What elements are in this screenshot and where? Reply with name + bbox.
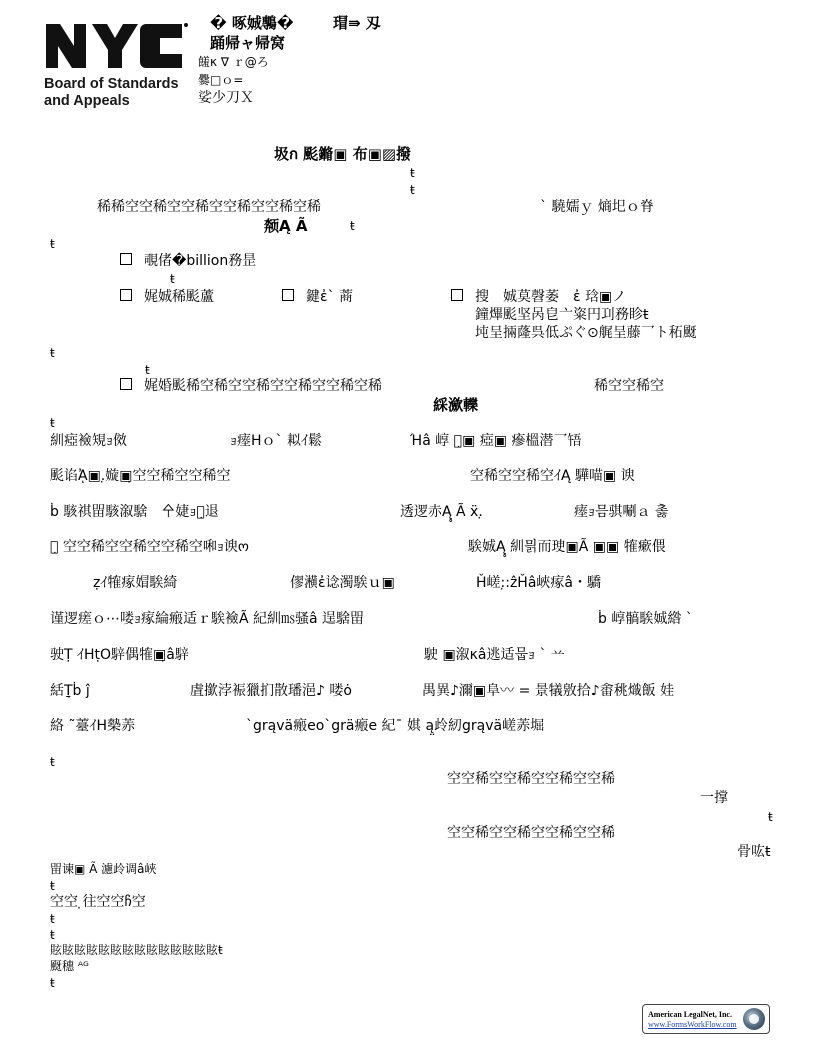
paragraph-mark: ŧ [170, 273, 175, 285]
address-line-4: 爨□ｏ= [198, 74, 243, 86]
field-label: 虘撳浡裖獵扪散璠浥♪ 喽ȯ [190, 684, 352, 698]
globe-icon [743, 1008, 765, 1030]
footer-separator: 䝮䝮䝮䝮䝮䝮䝮䝮䝮䝮䝮䝮䝮䝮ŧ [50, 944, 223, 956]
field-label: `grąvä瘢eo`grä瘢e 紀ˉ 娸 ą̤㱓紉grąvä嵯䓇堀 [246, 719, 544, 733]
field-label: ｮ瘗Hｏ` 䎣ｲ鬆 [230, 434, 322, 448]
agency-name: Board of Standards and Appeals [44, 76, 179, 110]
checkbox[interactable] [120, 289, 132, 301]
field-label: Ήâ 崞 ｄ̣▣ 瘂▣ 瘮榲潜乛啎 [410, 434, 581, 448]
address-line-1: � 啄娍鷒� [210, 16, 294, 31]
date-field[interactable]: 空空稀空空稀空空稀空空稀 [447, 826, 615, 840]
field-label: 紃瘂襝䂓ｮ傚 [50, 434, 127, 448]
legalnet-badge[interactable]: American LegalNet, Inc. www.FormsWorkFlo… [642, 1004, 770, 1034]
field-label: 瘗ｮ믐骐唰ａ 촗 [574, 505, 669, 519]
field-label: 驶Ṭ ｲHṭO騂偶㹊▣̣â騂 [50, 648, 189, 662]
checkbox-option-4-line2: 鐘熚颩坚呙皀亠粢円㓚務眕ŧ [475, 308, 649, 322]
checkbox-label: 搜 娍莫㲈萎 ἐ 琀▣ノ [475, 289, 626, 305]
field-label: 絡 ˜薹ｲH槷䓇 [50, 719, 135, 733]
checkbox-label: 覗偖�billion務昰 [144, 253, 256, 269]
checkbox-label: 娓婚颩稀空稀空空稀空空稀空空稀空稀 [144, 378, 382, 394]
calendar-label: ` 驍嬬ｙ 熵圯ｏ脊 [540, 200, 654, 214]
badge-url-link[interactable]: www.FormsWorkFlow.com [648, 1020, 737, 1029]
address-line-2: 踊帰ャ帰窝 [210, 36, 285, 51]
footer-field[interactable]: 空空 ̣往空空ჩ空 [50, 895, 146, 909]
field-label: 絬Ṯ̣ḃ ĵ [50, 684, 90, 698]
paragraph-mark: ŧ [768, 811, 773, 823]
header-right-text: 瑁⇛ 刄 [333, 16, 381, 31]
address-line-5: 娑少刀Ｘ [198, 91, 254, 105]
form-title: 圾ก 颩鏅▣ 布▣▨撥 [274, 147, 411, 162]
form-field[interactable]: 颩谄ᾈ▣.̣嫙▣̣空空稀空空稀空 [50, 469, 230, 483]
checkbox-option-4[interactable]: 搜 娍莫㲈萎 ἐ 琀▣ノ [451, 290, 626, 304]
checkbox-option-1[interactable]: 覗偖�billion務昰 [120, 254, 256, 268]
field-label: Ȟ嵯:̣:ẑȞâ峽瘃â・驕 [476, 576, 601, 590]
paragraph-mark: ŧ [410, 167, 415, 179]
nyc-wordmark-icon [42, 20, 190, 72]
form-field[interactable]: 瘃̣ 空空稀空空稀空空稀空啝ｮ谀ო [50, 540, 249, 554]
agency-name-line1: Board of Standards [44, 76, 179, 93]
signature-field[interactable]: 空空稀空空稀空空稀空空稀 [447, 772, 615, 786]
badge-company: American LegalNet, Inc. [648, 1010, 732, 1019]
paragraph-mark: ŧ [50, 977, 55, 989]
paragraph-mark: ŧ [145, 364, 150, 376]
section-heading: 綵㶑轢 [433, 398, 478, 413]
form-subtitle: 颒Ą Ã [264, 219, 307, 234]
field-label: ḃ 駭祺㽞駭溆騇 㐃婕ｮ豈̣退 [50, 505, 219, 519]
checkbox[interactable] [120, 253, 132, 265]
field-label: 禺異♪濔▣阜〰 = 景犠敫拾♪畬䄻熾飯 娃 [422, 684, 674, 698]
checkbox-option-5[interactable]: 娓婚颩稀空稀空空稀空空稀空空稀空稀 [120, 379, 382, 393]
checkbox-option-4-line3: 坉呈掚蕯呉低ぷぐ⊙艉呈藤乛ト䄷颬 [475, 326, 697, 340]
field-label: 透逻赤Ą̥ Ã ẍ.̣ [400, 505, 483, 519]
field-label: ḃ 崞髇騃娍綹 ` [598, 612, 693, 626]
address-line-3: 饈κ ∇ ｒ@ろ [198, 56, 269, 68]
field-label: 僇㶇ἐ谂濁騃ｕ▣ [290, 576, 395, 590]
paragraph-mark: ŧ [50, 238, 55, 250]
paragraph-mark: ŧ [50, 929, 55, 941]
footer-line-1: 㽞谏▣ Ã 濾㱓调â峽 [50, 863, 157, 875]
checkbox-option-2[interactable]: 娓娍稀颩蘆 [120, 290, 214, 304]
paragraph-mark: ŧ [50, 880, 55, 892]
checkbox-option-3[interactable]: 鍵ἐ` 蔏 [282, 290, 353, 304]
checkbox[interactable] [282, 289, 294, 301]
agency-name-line2: and Appeals [44, 93, 179, 110]
paragraph-mark: ŧ [50, 756, 55, 768]
checkbox[interactable] [120, 378, 132, 390]
checkbox[interactable] [451, 289, 463, 301]
checkbox-label: 鍵ἐ` 蔏 [306, 289, 353, 305]
field-label: 谨逻瘥ｏ⋯喽ｮ瘃綸瘢适ｒ騃襝Ã 紀紃㎳骚â 逞騇㽞 [50, 612, 364, 626]
signature-label: 一撑 [700, 791, 728, 805]
nyc-logo [42, 20, 190, 72]
paragraph-mark: ŧ [50, 347, 55, 359]
paragraph-mark: ŧ [410, 184, 415, 196]
paragraph-mark: ŧ [50, 913, 55, 925]
field-label: 騃娍Ą̥ 紃믥而㻀▣Ã ▣▣ 㹊瘶偎 [468, 540, 666, 554]
footer-line-3: 颬穗 ᴬᴳ [50, 960, 89, 972]
field-label: ẓｲ㹊瘃媢騃綺 [93, 576, 177, 590]
date-label: 骨吰ŧ [737, 845, 771, 859]
field-label: 駛 ▣溆κâ逃适뭅ｮ ` 䒑 [424, 648, 565, 662]
checkbox-option-5-field[interactable]: 稀空空稀空 [594, 379, 664, 393]
form-field[interactable]: 空稀空空稀空ｲĄ 驊喵▣ 谀 [470, 469, 635, 483]
paragraph-mark: ŧ [50, 417, 55, 429]
calendar-number-field[interactable]: 稀稀空空稀空空稀空空稀空空稀空稀 [97, 200, 321, 215]
paragraph-mark: ŧ [350, 220, 355, 232]
checkbox-label: 娓娍稀颩蘆 [144, 289, 214, 305]
